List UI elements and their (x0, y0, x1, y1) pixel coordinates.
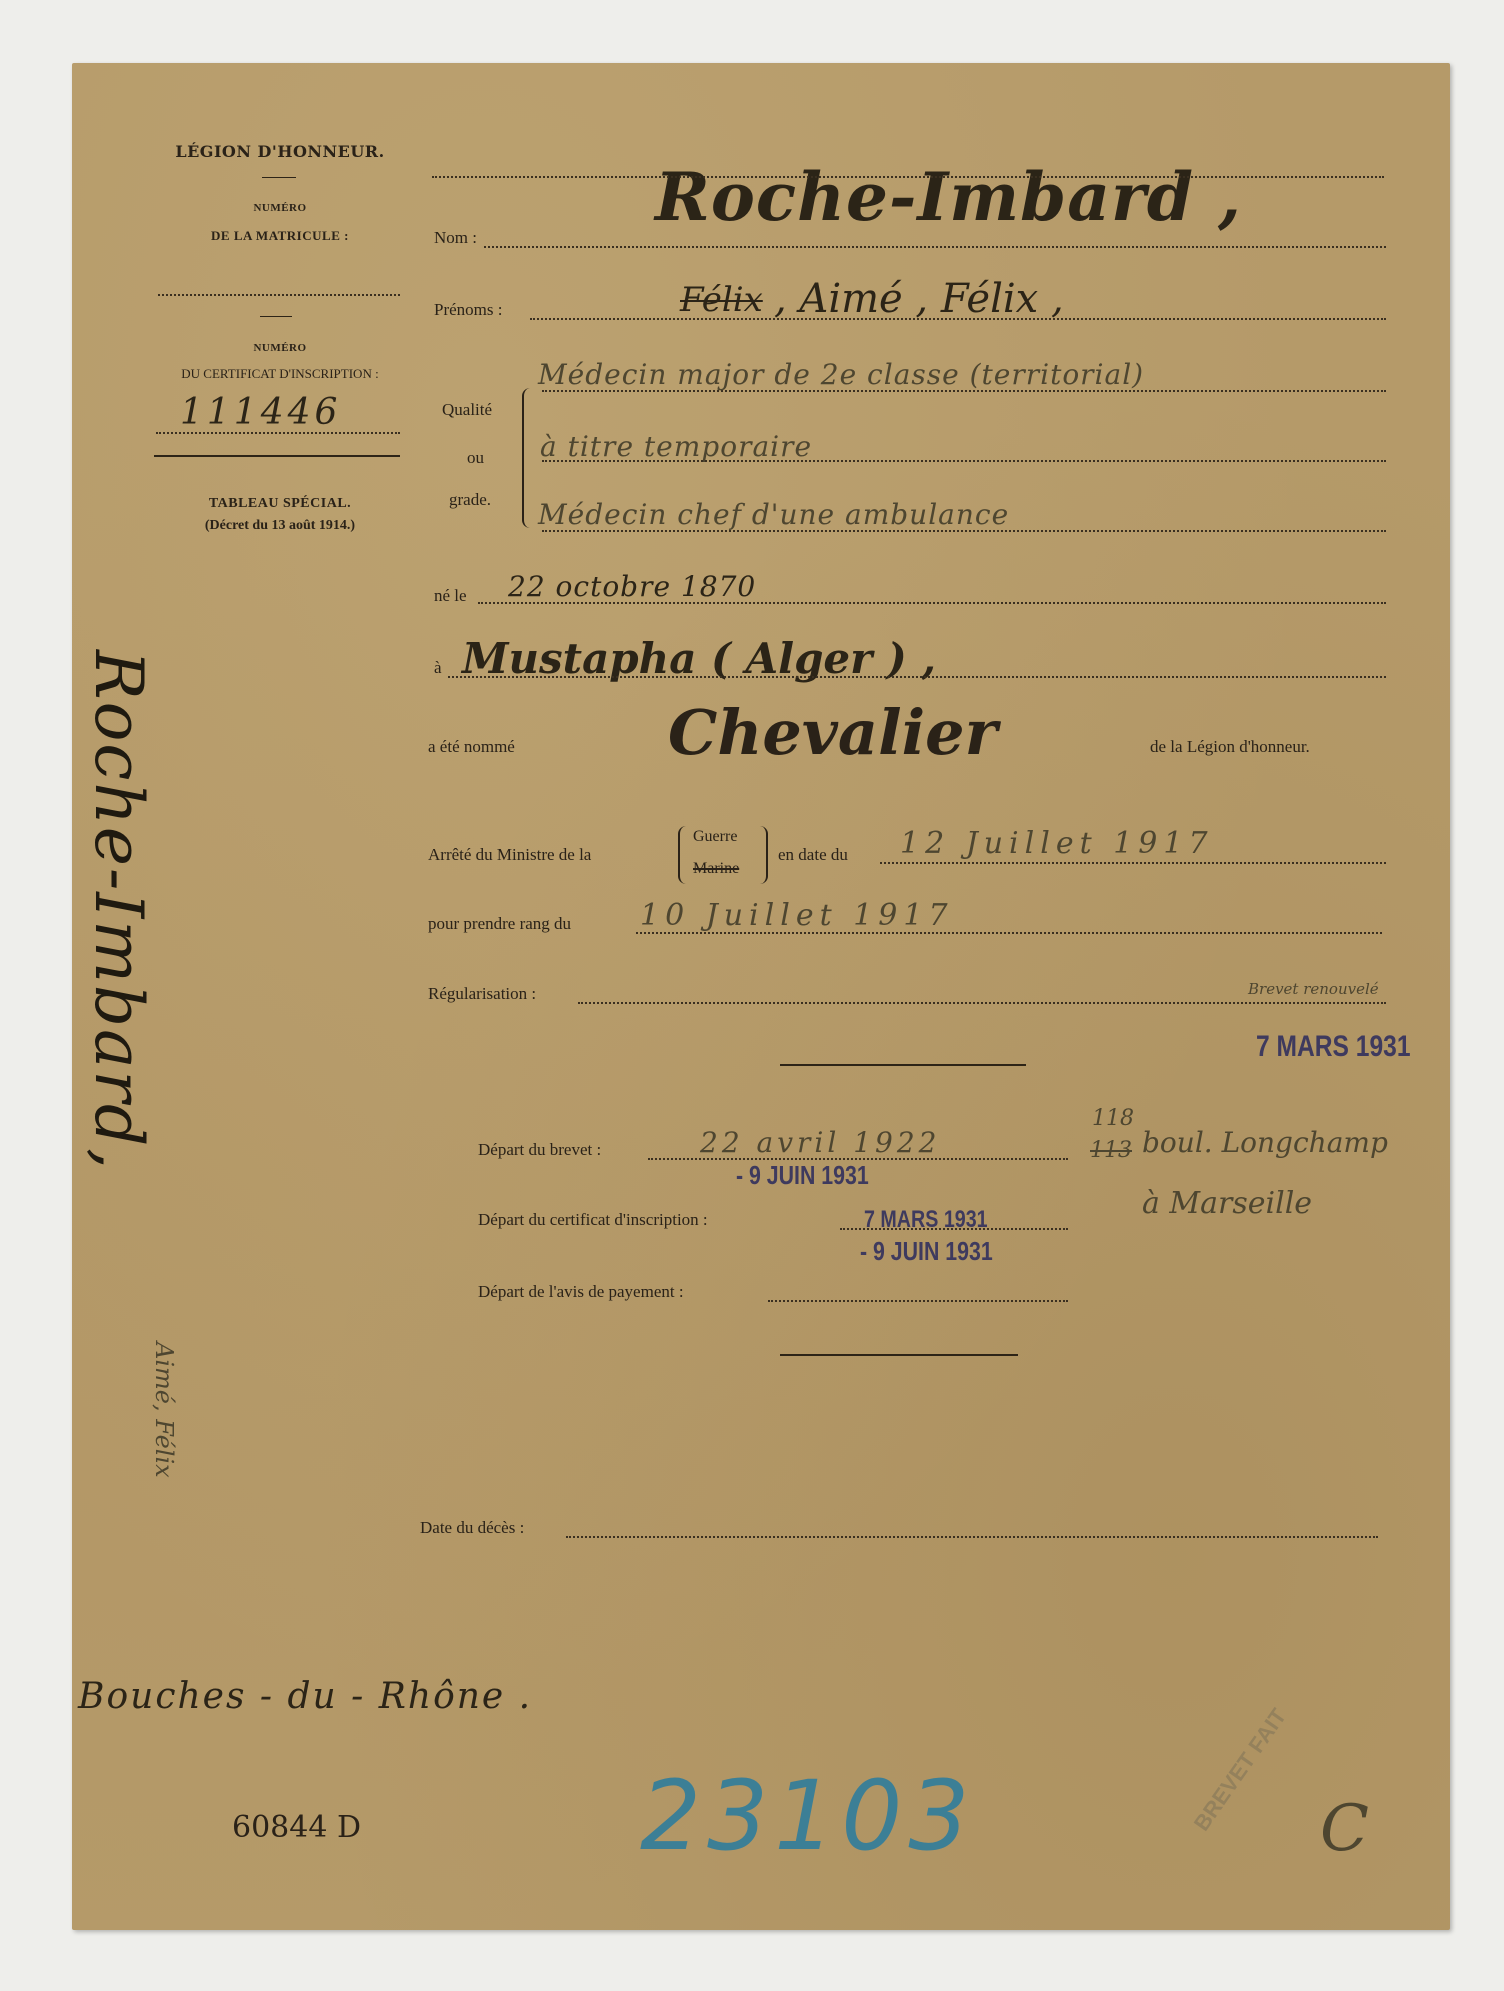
ministry-option-guerre: Guerre (693, 828, 737, 846)
certificat-label-2: DU CERTIFICAT D'INSCRIPTION : (140, 366, 420, 382)
matricule-line (158, 294, 400, 296)
ornament-line (154, 455, 400, 457)
avis-label: Départ de l'avis de payement : (478, 1282, 684, 1302)
en-date-value: 12 Juillet 1917 (900, 826, 1214, 861)
nom-label: Nom : (434, 228, 477, 248)
rang-label: pour prendre rang du (428, 914, 571, 934)
matricule-label-1: NUMÉRO (150, 202, 410, 214)
brevet-stamp: - 9 JUIN 1931 (736, 1160, 869, 1191)
address-number-old: 113 (1090, 1138, 1132, 1163)
grade-value: Chevalier (668, 696, 997, 769)
certificat-line (156, 432, 400, 434)
nom-line (484, 246, 1386, 248)
ne-le-value: 22 octobre 1870 (508, 570, 756, 603)
qualite-line-1-rule (542, 390, 1386, 392)
certificat-stamp-1: 7 MARS 1931 (864, 1206, 988, 1234)
qualite-line-1: Médecin major de 2e classe (territorial) (538, 358, 1144, 391)
ministry-brace-right (758, 826, 768, 884)
qualite-line-3-rule (542, 530, 1386, 532)
margin-vertical-name: Roche-Imbard, (80, 650, 157, 1171)
section-divider (780, 1064, 1026, 1066)
deces-label: Date du décès : (420, 1518, 524, 1538)
regularisation-note: Brevet renouvelé (1248, 980, 1379, 998)
prenoms-line (530, 318, 1386, 320)
deces-line (566, 1536, 1378, 1538)
en-date-label: en date du (778, 845, 848, 865)
prenoms-value: , Aimé , Félix , (774, 276, 1064, 322)
section-divider (780, 1354, 1018, 1356)
matricule-label-2: DE LA MATRICULE : (150, 228, 410, 244)
rang-line (636, 932, 1382, 934)
certificat-stamp-2: - 9 JUIN 1931 (860, 1236, 993, 1267)
brevet-value: 22 avril 1922 (700, 1126, 941, 1159)
prenoms-struck: Félix (680, 280, 763, 320)
footer-blue-number: 23103 (640, 1760, 975, 1872)
qualite-line-2: à titre temporaire (540, 430, 812, 463)
avis-line (768, 1300, 1068, 1302)
ministry-brace-left (678, 826, 688, 884)
header-title: LÉGION D'HONNEUR. (150, 142, 410, 161)
arrete-label: Arrêté du Ministre de la (428, 845, 591, 865)
address-number-new: 118 (1092, 1106, 1134, 1131)
legion-label: de la Légion d'honneur. (1150, 737, 1310, 757)
nom-top-line (432, 176, 1384, 178)
nomme-label: a été nommé (428, 737, 515, 757)
brevet-label: Départ du brevet : (478, 1140, 601, 1160)
qualite-label-1: Qualité (442, 400, 492, 420)
footer-initial: C (1320, 1792, 1369, 1866)
address-line-1: boul. Longchamp (1142, 1126, 1388, 1159)
en-date-line (880, 862, 1386, 864)
a-label: à (434, 658, 442, 678)
ne-le-line (478, 602, 1386, 604)
qualite-line-2-rule (542, 460, 1386, 462)
address-line-2: à Marseille (1142, 1186, 1312, 1221)
regularisation-line (578, 1002, 1386, 1004)
footer-reference: 60844 D (232, 1810, 361, 1845)
certificat-value: 111446 (180, 392, 341, 433)
a-line (448, 676, 1386, 678)
qualite-line-3: Médecin chef d'une ambulance (538, 498, 1009, 531)
nom-value: Roche-Imbard , (655, 158, 1242, 236)
qualite-label-3: grade. (449, 490, 491, 510)
qualite-label-2: ou (467, 448, 484, 468)
decret-label: (Décret du 13 août 1914.) (150, 518, 410, 534)
divider (260, 316, 292, 317)
margin-department: Bouches - du - Rhône . (78, 1676, 532, 1717)
ne-le-label: né le (434, 586, 467, 606)
ministry-option-marine: Marine (693, 860, 739, 878)
certificat-label-1: NUMÉRO (150, 342, 410, 354)
certificat-depart-label: Départ du certificat d'inscription : (478, 1210, 708, 1230)
tableau-label: TABLEAU SPÉCIAL. (150, 496, 410, 512)
margin-vertical-prenoms: Aimé, Félix (150, 1342, 178, 1478)
regularisation-stamp: 7 MARS 1931 (1256, 1030, 1411, 1064)
prenoms-label: Prénoms : (434, 300, 502, 320)
qualite-brace (522, 388, 532, 528)
rang-value: 10 Juillet 1917 (640, 898, 954, 933)
regularisation-label: Régularisation : (428, 984, 536, 1004)
divider (262, 177, 296, 178)
